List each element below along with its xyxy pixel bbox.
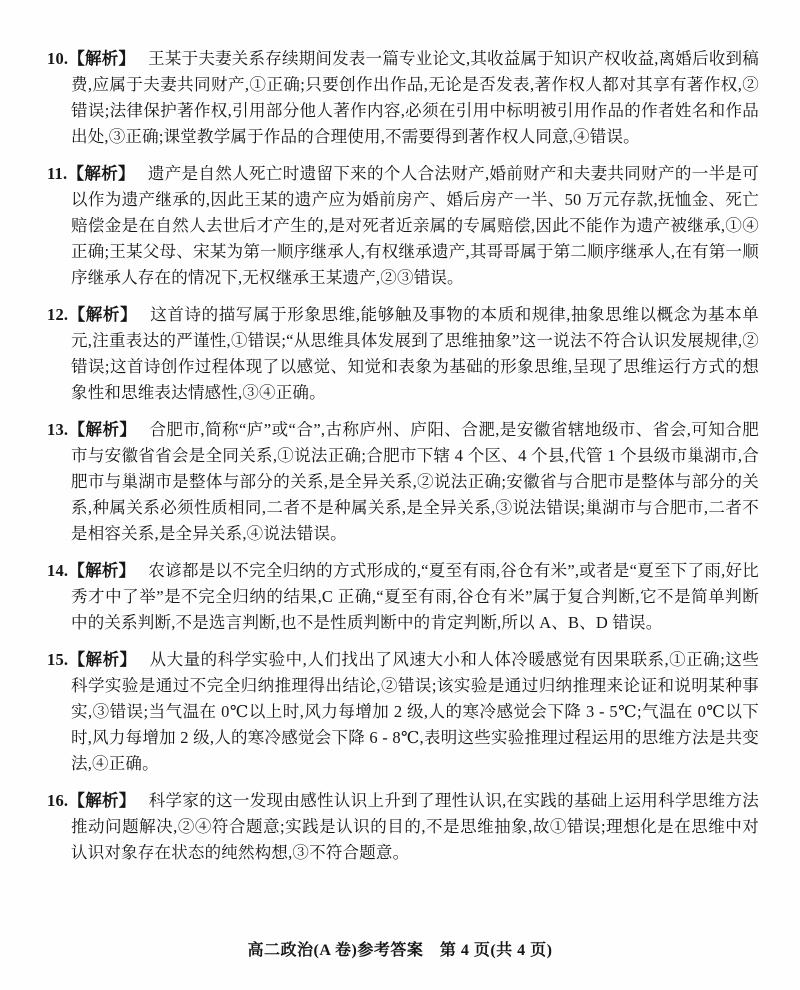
analysis-label: 【解析】 bbox=[68, 561, 135, 580]
analysis-text: 从大量的科学实验中,人们找出了风速大小和人体冷暖感觉有因果联系,①正确;这些科学… bbox=[71, 650, 759, 773]
analysis-label: 【解析】 bbox=[67, 164, 135, 183]
analysis-item-11: 11.【解析】遗产是自然人死亡时遗留下来的个人合法财产,婚前财产和夫妻共同财产的… bbox=[47, 161, 759, 291]
item-number: 14. bbox=[47, 561, 68, 580]
analysis-item-13: 13.【解析】合肥市,简称“庐”或“合”,古称庐州、庐阳、合淝,是安徽省辖地级市… bbox=[47, 417, 759, 547]
analysis-label: 【解析】 bbox=[68, 49, 135, 68]
item-number: 13. bbox=[47, 420, 68, 439]
analysis-text: 这首诗的描写属于形象思维,能够触及事物的本质和规律,抽象思维以概念为基本单元,注… bbox=[71, 305, 759, 402]
analysis-label: 【解析】 bbox=[68, 650, 136, 669]
analysis-item-10: 10.【解析】王某于夫妻关系存续期间发表一篇专业论文,其收益属于知识产权收益,离… bbox=[47, 46, 759, 150]
analysis-text: 科学家的这一发现由感性认识上升到了理性认识,在实践的基础上运用科学思维方法推动问… bbox=[71, 791, 759, 862]
page-footer: 高二政治(A 卷)参考答案 第 4 页(共 4 页) bbox=[0, 937, 800, 960]
analysis-item-14: 14.【解析】农谚都是以不完全归纳的方式形成的,“夏至有雨,谷仓有米”,或者是“… bbox=[47, 558, 759, 636]
item-number: 12. bbox=[47, 305, 68, 324]
analysis-text: 合肥市,简称“庐”或“合”,古称庐州、庐阳、合淝,是安徽省辖地级市、省会,可知合… bbox=[71, 420, 759, 543]
item-number: 15. bbox=[47, 650, 68, 669]
item-number: 10. bbox=[47, 49, 68, 68]
analysis-text: 王某于夫妻关系存续期间发表一篇专业论文,其收益属于知识产权收益,离婚后收到稿费,… bbox=[71, 49, 759, 146]
analysis-list: 10.【解析】王某于夫妻关系存续期间发表一篇专业论文,其收益属于知识产权收益,离… bbox=[47, 46, 759, 877]
analysis-item-12: 12.【解析】这首诗的描写属于形象思维,能够触及事物的本质和规律,抽象思维以概念… bbox=[47, 302, 759, 406]
analysis-label: 【解析】 bbox=[68, 420, 136, 439]
analysis-text: 农谚都是以不完全归纳的方式形成的,“夏至有雨,谷仓有米”,或者是“夏至下了雨,好… bbox=[71, 561, 759, 632]
analysis-item-16: 16.【解析】科学家的这一发现由感性认识上升到了理性认识,在实践的基础上运用科学… bbox=[47, 788, 759, 866]
analysis-text: 遗产是自然人死亡时遗留下来的个人合法财产,婚前财产和夫妻共同财产的一半是可以作为… bbox=[71, 164, 759, 287]
analysis-label: 【解析】 bbox=[68, 305, 137, 324]
analysis-item-15: 15.【解析】从大量的科学实验中,人们找出了风速大小和人体冷暖感觉有因果联系,①… bbox=[47, 647, 759, 777]
item-number: 11. bbox=[47, 164, 67, 183]
item-number: 16. bbox=[47, 791, 68, 810]
answer-key-page: 10.【解析】王某于夫妻关系存续期间发表一篇专业论文,其收益属于知识产权收益,离… bbox=[0, 0, 800, 990]
analysis-label: 【解析】 bbox=[68, 791, 135, 810]
